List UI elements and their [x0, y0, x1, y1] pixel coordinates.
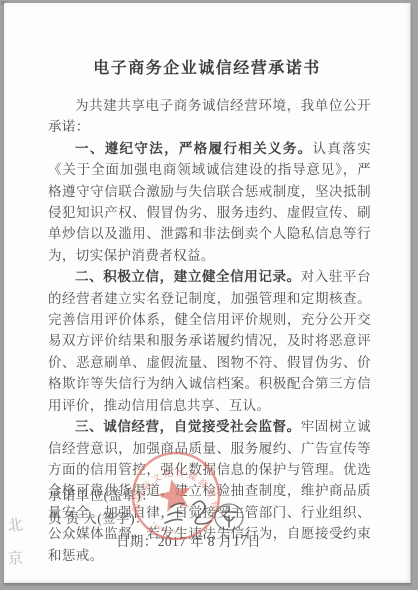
section-2: 二、积极立信，建立健全信用记录。对入驻平台的经营者建立实名登记制度，加强管理和定… [48, 266, 371, 416]
signature-stroke [222, 506, 236, 527]
pencil-margin-note: 京 [8, 552, 24, 568]
document-page: 电子商务企业诚信经营承诺书 为共建共享电子商务诚信经营环境，我单位公开承诺： 一… [4, 3, 411, 583]
section-2-lead: 二、积极立信，建立健全信用记录。 [75, 269, 301, 284]
signature-stroke [165, 519, 182, 523]
intro-paragraph: 为共建共享电子商务诚信经营环境，我单位公开承诺： [48, 95, 371, 138]
section-1-lead: 一、遵纪守法，严格履行相关义务。 [75, 141, 313, 156]
section-1-body: 认真落实《关于全面加强电商领域诚信建设的指导意见》，严格遵守守信联合激励与失信联… [48, 141, 371, 263]
signature-stroke [171, 503, 184, 507]
section-1: 一、遵纪守法，严格履行相关义务。认真落实《关于全面加强电商领域诚信建设的指导意见… [48, 138, 371, 266]
intro-text: 为共建共享电子商务诚信经营环境，我单位公开承诺： [48, 98, 371, 134]
pencil-margin-note: 北 [7, 518, 24, 535]
signature-stroke [168, 512, 182, 515]
section-2-body: 对入驻平台的经营者建立实名登记制度，加强管理和定期核查。完善信用评价体系，健全信… [48, 269, 371, 412]
signature-stroke [193, 501, 211, 524]
signature-scribble [155, 495, 255, 537]
section-3-lead: 三、诚信经营，自觉接受社会监督。 [75, 419, 301, 434]
document-title: 电子商务企业诚信经营承诺书 [4, 59, 410, 79]
